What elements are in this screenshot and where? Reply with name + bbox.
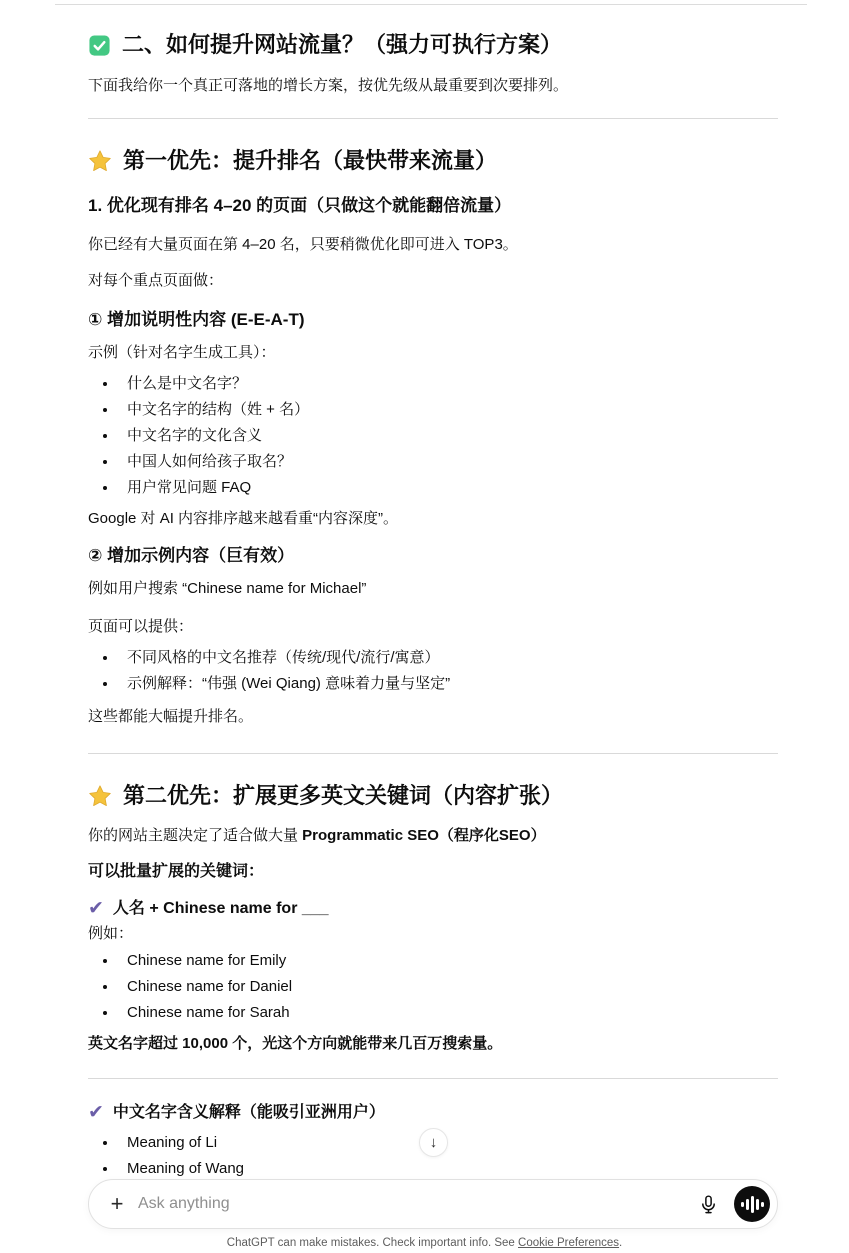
priority1-heading-text: 第一优先：提升排名（最快带来流量） — [123, 145, 497, 177]
list-item: Chinese name for Sarah — [118, 1000, 778, 1026]
list-item: 示例解释：“伟强 (Wei Qiang) 意味着力量与坚定” — [118, 671, 778, 697]
cookie-preferences-link[interactable]: Cookie Preferences — [518, 1237, 619, 1249]
name-examples-list: Chinese name for Emily Chinese name for … — [88, 948, 778, 1026]
keyword-type-1-title: 人名 + Chinese name for ___ — [113, 898, 329, 920]
paragraph: Google 对 AI 内容排序越来越看重“内容深度”。 — [88, 507, 778, 531]
priority2-heading: 第二优先：扩展更多英文关键词（内容扩张） — [88, 780, 778, 812]
section-title-text: 二、如何提升网站流量？（强力可执行方案） — [122, 30, 562, 60]
section-title-traffic: 二、如何提升网站流量？（强力可执行方案） — [88, 30, 778, 60]
assistant-message: 二、如何提升网站流量？（强力可执行方案） 下面我给你一个真正可落地的增长方案，按… — [88, 0, 778, 1182]
scroll-to-bottom-button[interactable]: ↓ — [419, 1128, 448, 1157]
list-item: 用户常见问题 FAQ — [118, 475, 778, 501]
list-item: Meaning of Li — [118, 1130, 778, 1156]
priority1-heading: 第一优先：提升排名（最快带来流量） — [88, 145, 778, 177]
message-input[interactable] — [138, 1195, 696, 1213]
divider — [88, 1078, 778, 1079]
star-icon — [88, 149, 112, 173]
list-item: 中文名字的结构（姓 + 名） — [118, 397, 778, 423]
paragraph: 你已经有大量页面在第 4–20 名，只要稍微优化即可进入 TOP3。 — [88, 233, 778, 257]
chat-composer[interactable]: + — [88, 1179, 778, 1229]
microphone-icon[interactable] — [696, 1192, 720, 1216]
disclaimer-suffix: . — [619, 1237, 622, 1249]
paragraph: 页面可以提供： — [88, 615, 778, 639]
voice-mode-button[interactable] — [734, 1186, 770, 1222]
priority2-heading-text: 第二优先：扩展更多英文关键词（内容扩张） — [123, 780, 563, 812]
attach-plus-button[interactable]: + — [104, 1191, 130, 1217]
intro-paragraph: 下面我给你一个真正可落地的增长方案，按优先级从最重要到次要排列。 — [88, 74, 778, 98]
paragraph: 示例（针对名字生成工具）： — [88, 341, 778, 365]
eeat-example-list: 什么是中文名字？ 中文名字的结构（姓 + 名） 中文名字的文化含义 中国人如何给… — [88, 371, 778, 501]
paragraph-text: 你的网站主题决定了适合做大量 — [88, 827, 302, 844]
subheading-eeat: ① 增加说明性内容 (E-E-A-T) — [88, 307, 778, 333]
paragraph-bold: 英文名字超过 10,000 个，光这个方向就能带来几百万搜索量。 — [88, 1032, 778, 1056]
paragraph: 例如： — [88, 922, 778, 946]
subheading-optimize-pages: 1. 优化现有排名 4–20 的页面（只做这个就能翻倍流量） — [88, 193, 778, 219]
paragraph: 这些都能大幅提升排名。 — [88, 705, 778, 729]
list-item: 中国人如何给孩子取名？ — [118, 449, 778, 475]
disclaimer-footer: ChatGPT can make mistakes. Check importa… — [0, 1236, 849, 1251]
paragraph: 对每个重点页面做： — [88, 269, 778, 293]
disclaimer-text: ChatGPT can make mistakes. Check importa… — [227, 1237, 518, 1249]
keyword-type-2-title: 中文名字含义解释（能吸引亚洲用户） — [113, 1102, 385, 1124]
keyword-type-2: ✔ 中文名字含义解释（能吸引亚洲用户） — [88, 1102, 778, 1124]
list-item: 中文名字的文化含义 — [118, 423, 778, 449]
divider — [88, 118, 778, 119]
list-item: 什么是中文名字？ — [118, 371, 778, 397]
list-item: 不同风格的中文名推荐（传统/现代/流行/寓意） — [118, 645, 778, 671]
voice-waveform-icon — [741, 1202, 744, 1207]
keywords-subheading: 可以批量扩展的关键词： — [88, 860, 778, 884]
subheading-examples: ② 增加示例内容（巨有效） — [88, 543, 778, 569]
list-item: Chinese name for Daniel — [118, 974, 778, 1000]
divider — [88, 753, 778, 754]
purple-check-icon: ✔ — [88, 1103, 104, 1123]
list-item: Chinese name for Emily — [118, 948, 778, 974]
paragraph: 你的网站主题决定了适合做大量 Programmatic SEO（程序化SEO） — [88, 824, 778, 848]
paragraph: 例如用户搜索 “Chinese name for Michael” — [88, 577, 778, 601]
star-icon — [88, 784, 112, 808]
green-checkbox-icon — [88, 34, 111, 57]
programmatic-seo-bold: Programmatic SEO（程序化SEO） — [302, 827, 545, 844]
page-offer-list: 不同风格的中文名推荐（传统/现代/流行/寓意） 示例解释：“伟强 (Wei Qi… — [88, 645, 778, 697]
keyword-type-1: ✔ 人名 + Chinese name for ___ — [88, 898, 778, 920]
purple-check-icon: ✔ — [88, 899, 104, 919]
down-arrow-icon: ↓ — [430, 1134, 438, 1151]
